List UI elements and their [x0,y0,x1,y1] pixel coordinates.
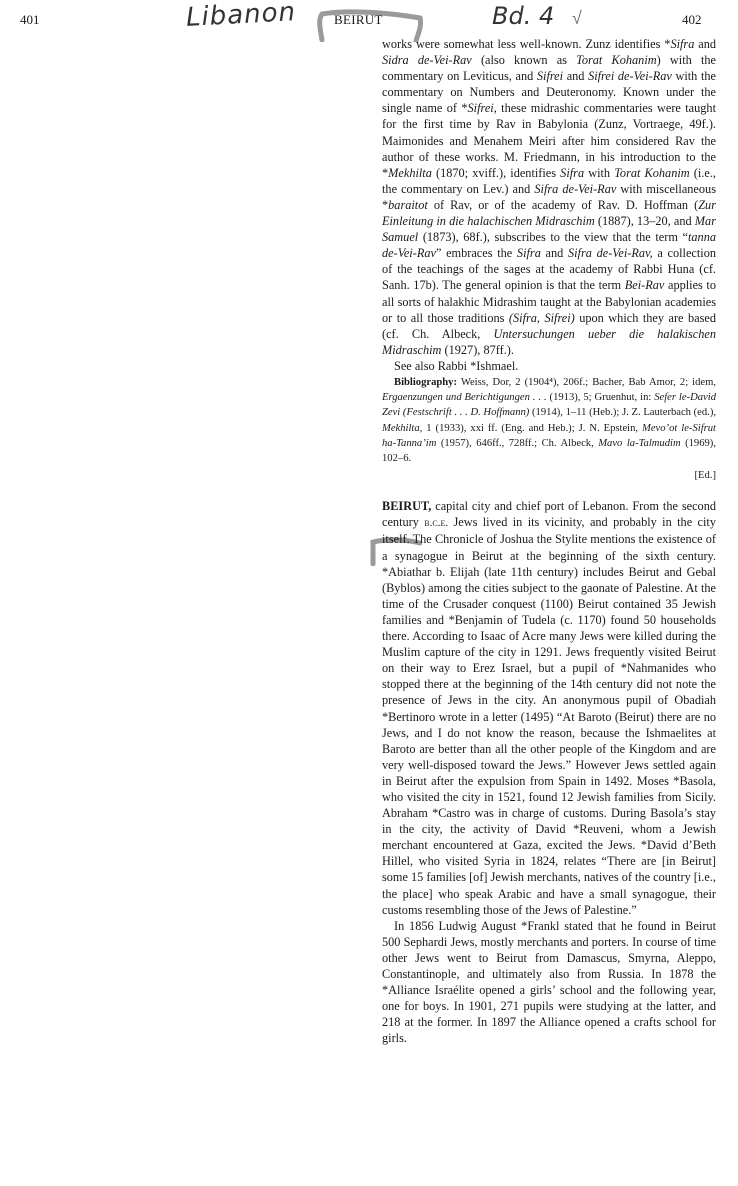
beirut-entry-paragraph: In 1856 Ludwig August *Frankl stated tha… [382,918,716,1047]
handwritten-note-libanon: Libanon [185,0,296,33]
bibliography-text: Weiss, Dor, 2 (1904⁴), 206f.; Bacher, Ba… [382,377,716,464]
beirut-entry-text: capital city and chief port of Lebanon. … [382,499,716,916]
previous-entry-paragraph: works were somewhat less well-known. Zun… [382,36,716,358]
handwritten-note-volume: Bd. 4 [492,2,554,30]
bibliography: Bibliography: Weiss, Dor, 2 (1904⁴), 206… [382,375,716,466]
check-mark-icon: √ [572,8,582,29]
page-number-left: 401 [20,12,40,28]
page-number-right: 402 [682,12,702,28]
see-also: See also Rabbi *Ishmael. [382,358,716,374]
editor-signature: [Ed.] [382,468,716,484]
entry-title: BEIRUT, [382,499,431,513]
bibliography-label: Bibliography: [394,377,457,388]
text-column: works were somewhat less well-known. Zun… [382,36,716,1046]
running-head: BEIRUT [334,12,383,28]
beirut-entry-paragraph: BEIRUT, capital city and chief port of L… [382,498,716,917]
